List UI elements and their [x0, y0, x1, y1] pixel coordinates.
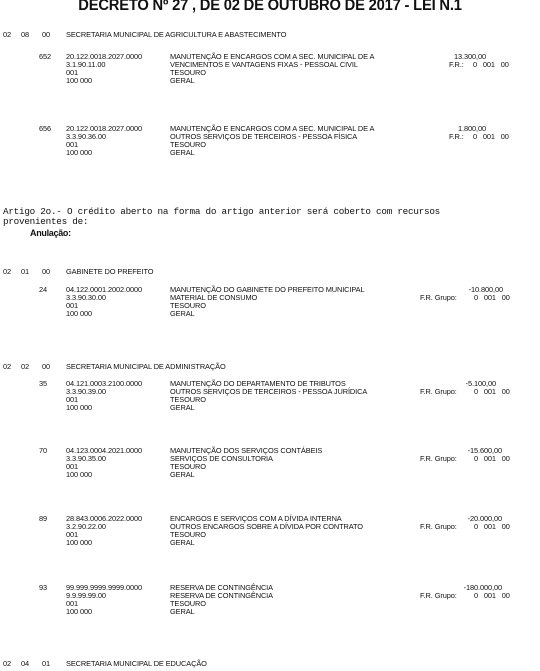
- fr-value: 0 001 00: [474, 387, 510, 396]
- fr-label: F.R.:: [449, 132, 464, 141]
- org-code-3: 00: [42, 362, 50, 371]
- org-code-2: 02: [21, 362, 29, 371]
- fr-label: F.R. Grupo:: [420, 293, 457, 302]
- fr-label: F.R. Grupo:: [420, 454, 457, 463]
- codigo-code: 100 000: [66, 309, 92, 318]
- ficha-number: 652: [39, 52, 51, 61]
- fr-label: F.R. Grupo:: [420, 522, 457, 531]
- fr-value: 0 001 00: [473, 60, 509, 69]
- codigo-code: 100 000: [66, 607, 92, 616]
- codigo-description: GERAL: [170, 538, 195, 547]
- ficha-number: 89: [39, 514, 47, 523]
- org-code-3: 00: [42, 267, 50, 276]
- org-code-1: 02: [3, 659, 11, 668]
- org-code-2: 04: [21, 659, 29, 668]
- decree-title: DECRETO Nº 27 , DE 02 DE OUTUBRO DE 2017…: [14, 0, 527, 15]
- org-code-1: 02: [3, 30, 11, 39]
- anulacao-label: Anulação:: [30, 229, 71, 238]
- fr-value: 0 001 00: [473, 132, 509, 141]
- codigo-code: 100 000: [66, 538, 92, 547]
- org-code-1: 02: [3, 267, 11, 276]
- section-name: SECRETARIA MUNICIPAL DE AGRICULTURA E AB…: [66, 30, 286, 39]
- codigo-description: GERAL: [170, 148, 195, 157]
- ficha-number: 24: [39, 285, 47, 294]
- fr-value: 0 001 00: [474, 293, 510, 302]
- fr-value: 0 001 00: [474, 454, 510, 463]
- section-name: SECRETARIA MUNICIPAL DE EDUCAÇÃO: [66, 659, 207, 668]
- codigo-description: GERAL: [170, 76, 195, 85]
- codigo-description: GERAL: [170, 607, 195, 616]
- ficha-number: 35: [39, 379, 47, 388]
- codigo-code: 100 000: [66, 470, 92, 479]
- section-name: GABINETE DO PREFEITO: [66, 267, 153, 276]
- codigo-description: GERAL: [170, 470, 195, 479]
- ficha-number: 93: [39, 583, 47, 592]
- org-code-1: 02: [3, 362, 11, 371]
- codigo-code: 100 000: [66, 403, 92, 412]
- fr-label: F.R. Grupo:: [420, 387, 457, 396]
- ficha-number: 656: [39, 124, 51, 133]
- article-2-text-cont: provenientes de:: [3, 216, 88, 227]
- ficha-number: 70: [39, 446, 47, 455]
- org-code-3: 01: [42, 659, 50, 668]
- fr-value: 0 001 00: [474, 591, 510, 600]
- codigo-code: 100 000: [66, 76, 92, 85]
- codigo-description: GERAL: [170, 403, 195, 412]
- org-code-2: 01: [21, 267, 29, 276]
- fr-label: F.R. Grupo:: [420, 591, 457, 600]
- codigo-code: 100 000: [66, 148, 92, 157]
- fr-label: F.R.:: [449, 60, 464, 69]
- org-code-3: 00: [42, 30, 50, 39]
- codigo-description: GERAL: [170, 309, 195, 318]
- fr-value: 0 001 00: [474, 522, 510, 531]
- org-code-2: 08: [21, 30, 29, 39]
- section-name: SECRETARIA MUNICIPAL DE ADMINISTRAÇÃO: [66, 362, 226, 371]
